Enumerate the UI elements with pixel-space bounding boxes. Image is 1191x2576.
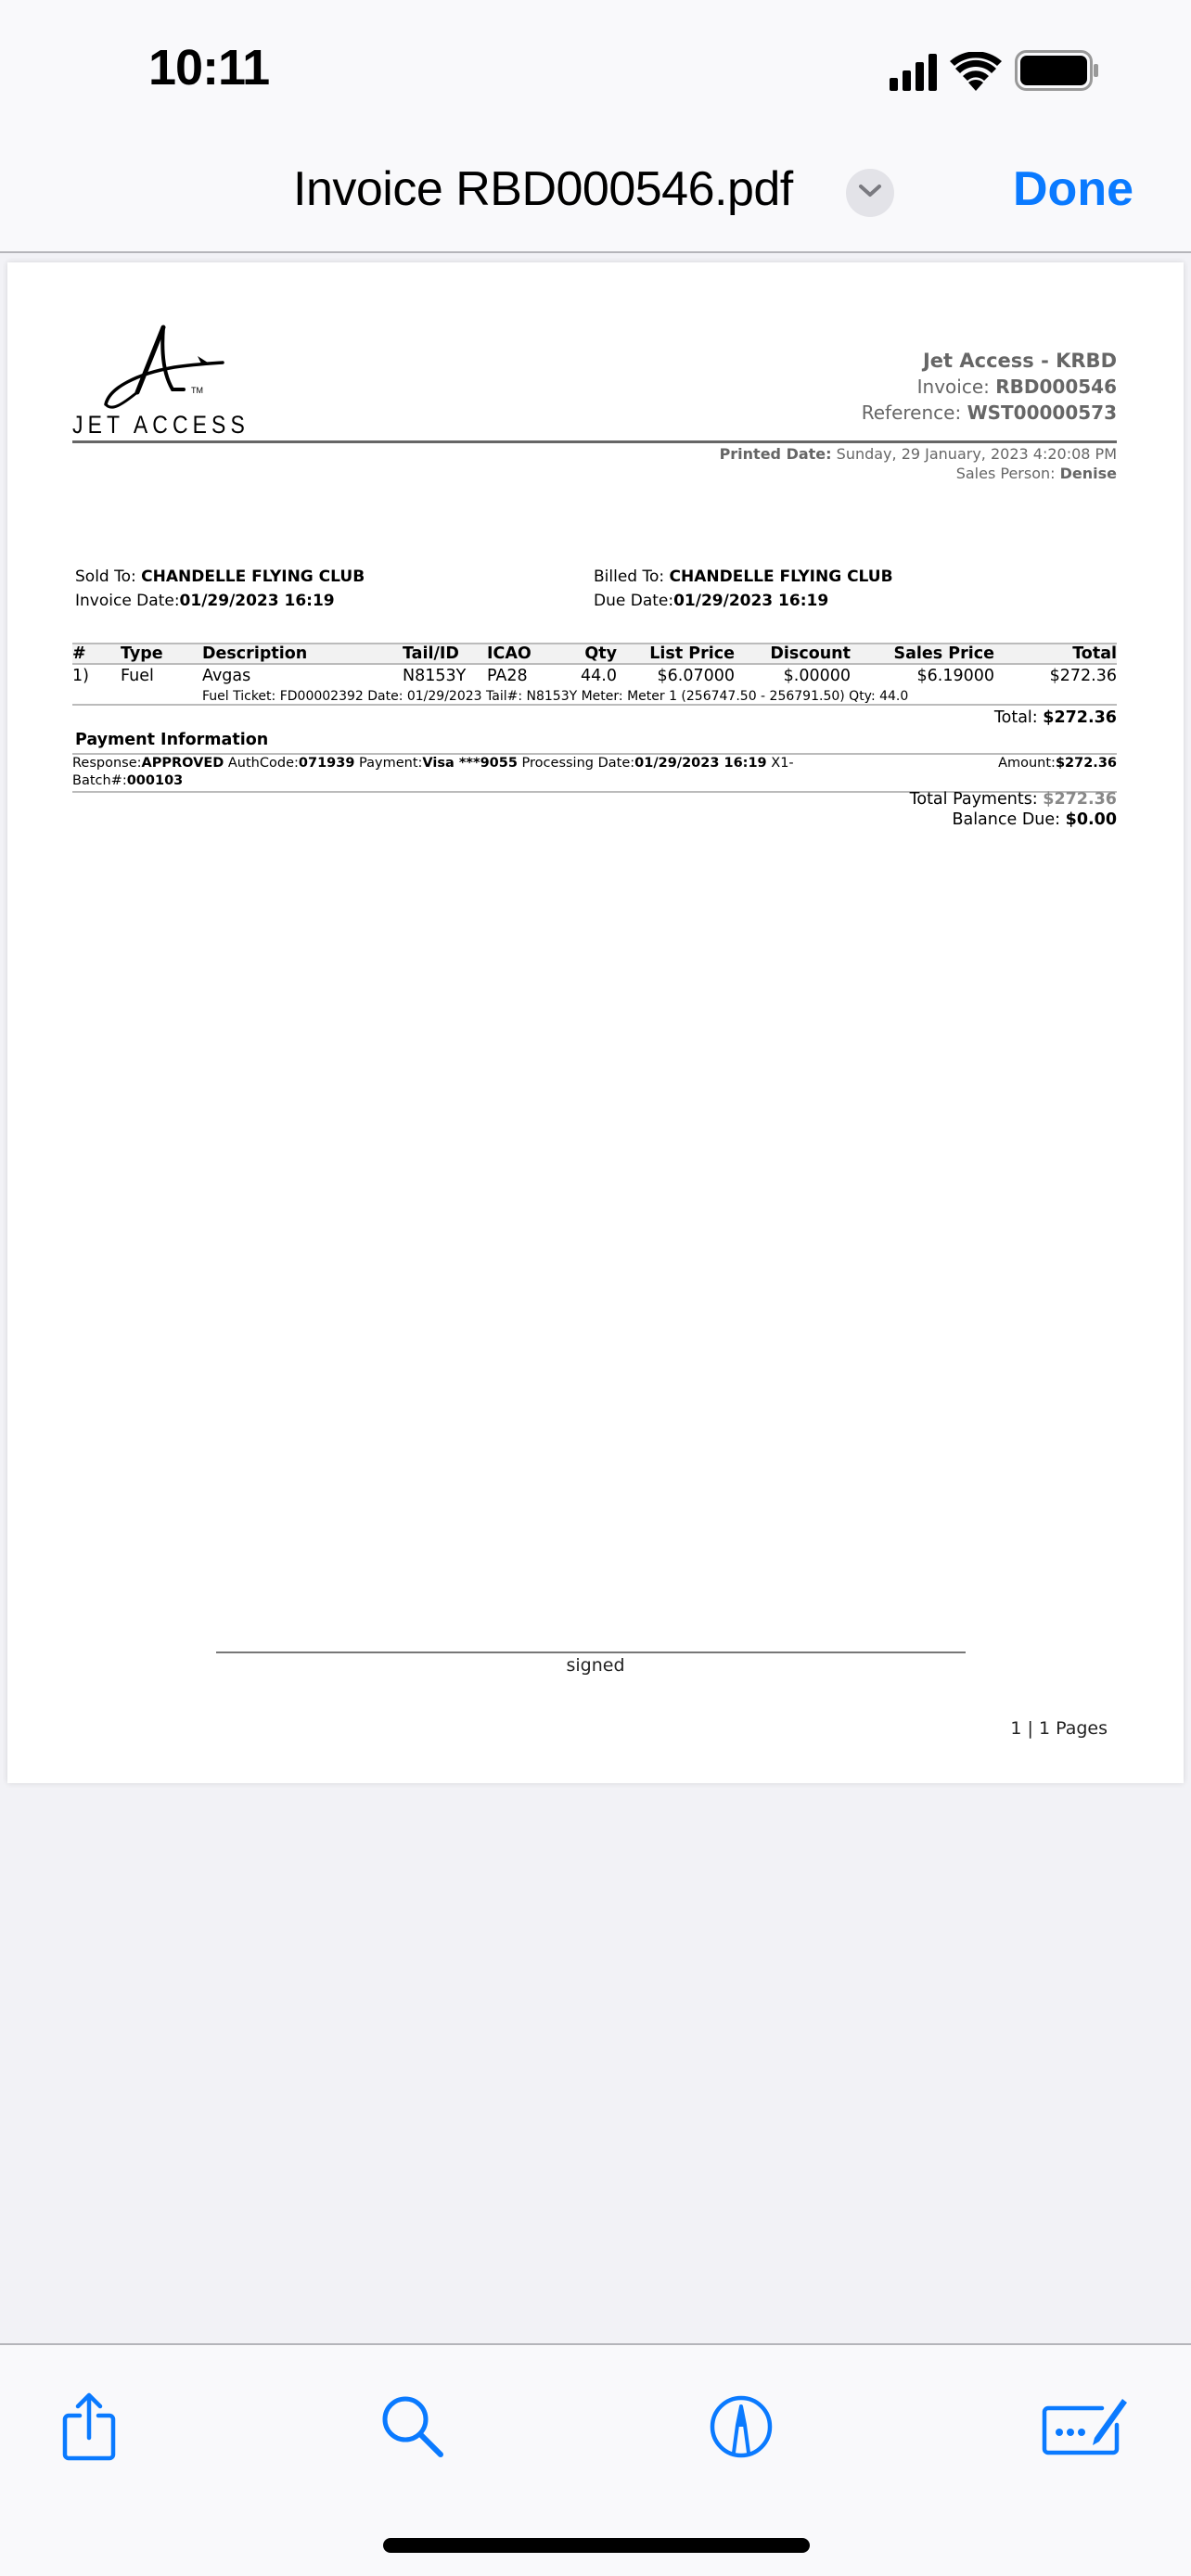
share-icon	[59, 2391, 119, 2467]
svg-text:TM: TM	[191, 386, 203, 395]
status-time: 10:11	[148, 39, 269, 96]
pdf-page: TM JET ACCESS Jet Access - KRBD Invoice:…	[7, 262, 1184, 1783]
done-button[interactable]: Done	[1013, 161, 1133, 217]
page-count: 1 | 1 Pages	[1010, 1718, 1108, 1739]
payment-info: Response:APPROVED AuthCode:071939 Paymen…	[72, 753, 1117, 793]
document-title[interactable]: Invoice RBD000546.pdf	[293, 161, 793, 217]
invoice-total: Total: $272.36	[994, 708, 1117, 727]
printed-date: Sunday, 29 January, 2023 4:20:08 PM	[837, 445, 1117, 463]
reference-row: Reference: WST00000573	[862, 400, 1117, 426]
payment-details: Response:APPROVED AuthCode:071939 Paymen…	[72, 755, 907, 790]
cellular-signal-icon	[890, 52, 937, 91]
fuel-ticket-detail: Fuel Ticket: FD00002392 Date: 01/29/2023…	[72, 687, 1117, 706]
payment-info-title: Payment Information	[75, 731, 268, 749]
logo-wordmark: JET ACCESS	[72, 411, 250, 440]
invoice-number-row: Invoice: RBD000546	[862, 374, 1117, 400]
due-date: 01/29/2023 16:19	[673, 592, 828, 610]
status-icons	[890, 48, 1100, 91]
signature-button[interactable]	[1039, 2391, 1132, 2466]
balance-due: $0.00	[1066, 810, 1117, 829]
chevron-down-icon	[858, 184, 882, 203]
payment-amount: Amount:$272.36	[998, 755, 1117, 772]
top-bar: 10:11 Invoice RBD000546.pdf	[0, 0, 1191, 253]
battery-icon	[1015, 50, 1100, 91]
nav-bar: Invoice RBD000546.pdf Done	[0, 158, 1191, 232]
reference-number: WST00000573	[967, 400, 1117, 426]
home-indicator[interactable]	[383, 2538, 810, 2553]
wifi-icon	[950, 52, 1002, 91]
company-name: Jet Access - KRBD	[862, 348, 1117, 374]
sold-to: CHANDELLE FLYING CLUB	[141, 567, 365, 586]
share-button[interactable]	[52, 2391, 126, 2466]
table-row: 1) Fuel Avgas N8153Y PA28 44.0 $6.07000 …	[72, 665, 1117, 687]
total-payments: $272.36	[1043, 790, 1117, 809]
invoice-date: 01/29/2023 16:19	[180, 592, 335, 610]
billed-to: CHANDELLE FLYING CLUB	[670, 567, 893, 586]
markup-pen-icon	[708, 2393, 775, 2465]
table-header: # Type Description Tail/ID ICAO Qty List…	[72, 643, 1117, 665]
line-items-table: # Type Description Tail/ID ICAO Qty List…	[72, 643, 1117, 706]
sales-person: Denise	[1060, 465, 1117, 482]
header-divider	[72, 440, 1117, 443]
payment-totals: Total Payments: $272.36 Balance Due: $0.…	[910, 789, 1117, 830]
markup-button[interactable]	[704, 2391, 778, 2466]
signature-line	[216, 1651, 966, 1653]
signed-label: signed	[7, 1655, 1184, 1676]
invoice-number: RBD000546	[995, 374, 1117, 400]
signature-icon	[1041, 2393, 1130, 2465]
company-info: Jet Access - KRBD Invoice: RBD000546 Ref…	[862, 348, 1117, 426]
title-menu-button[interactable]	[846, 169, 894, 217]
printed-info: Printed Date: Sunday, 29 January, 2023 4…	[720, 444, 1117, 483]
sold-to-block: Sold To: CHANDELLE FLYING CLUB Invoice D…	[75, 565, 365, 613]
search-icon	[379, 2393, 446, 2465]
billed-to-block: Billed To: CHANDELLE FLYING CLUB Due Dat…	[594, 565, 893, 613]
search-button[interactable]	[376, 2391, 450, 2466]
